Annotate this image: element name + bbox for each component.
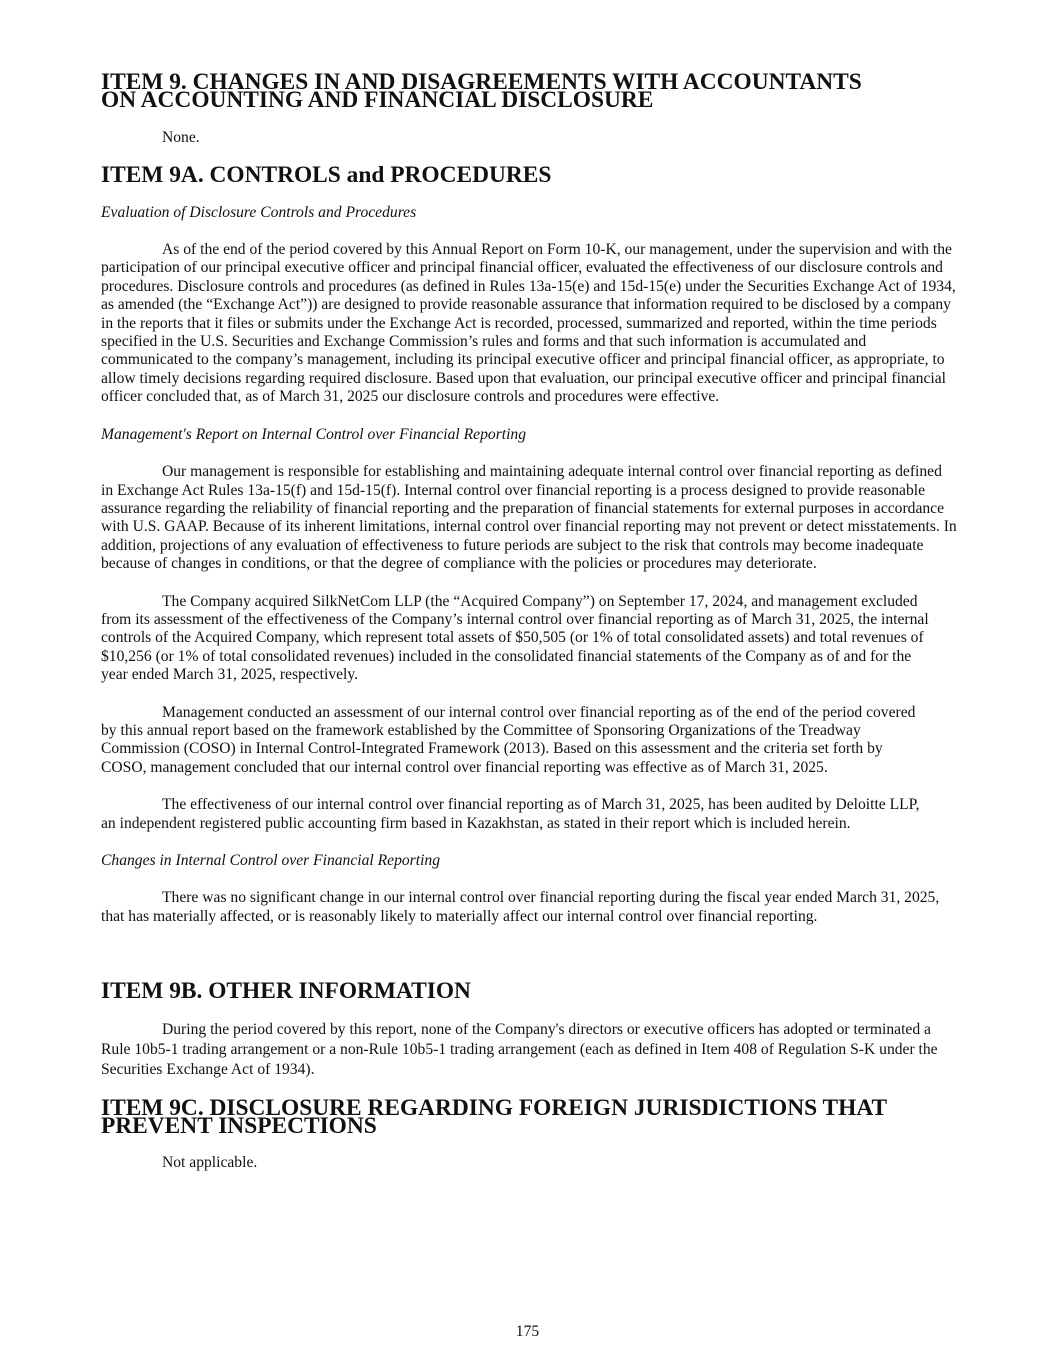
changes-internal-control-subheading: Changes in Internal Control over Financi…: [101, 852, 957, 870]
item-9c-heading: ITEM 9C. DISCLOSURE REGARDING FOREIGN JU…: [101, 1099, 957, 1136]
auditor-paragraph: The effectiveness of our internal contro…: [101, 796, 931, 833]
acquired-company-paragraph: The Company acquired SilkNetCom LLP (the…: [101, 593, 941, 685]
item-9c-body: Not applicable.: [101, 1154, 957, 1172]
item-9-body: None.: [101, 129, 957, 147]
item-9-heading: ITEM 9. CHANGES IN AND DISAGREEMENTS WIT…: [101, 73, 881, 110]
item-9b-heading: ITEM 9B. OTHER INFORMATION: [101, 982, 957, 1000]
coso-assessment-paragraph: Management conducted an assessment of ou…: [101, 704, 931, 778]
document-page: ITEM 9. CHANGES IN AND DISAGREEMENTS WIT…: [101, 73, 957, 1173]
item-9a-heading: ITEM 9A. CONTROLS and PROCEDURES: [101, 166, 957, 184]
disclosure-controls-paragraph: As of the end of the period covered by t…: [101, 241, 957, 407]
management-report-subheading: Management's Report on Internal Control …: [101, 426, 957, 444]
page-number: 175: [0, 1323, 1055, 1341]
disclosure-controls-subheading: Evaluation of Disclosure Controls and Pr…: [101, 204, 957, 222]
item-9b-body: During the period covered by this report…: [101, 1020, 957, 1080]
changes-internal-control-paragraph: There was no significant change in our i…: [101, 889, 946, 926]
management-responsibility-paragraph: Our management is responsible for establ…: [101, 463, 957, 573]
